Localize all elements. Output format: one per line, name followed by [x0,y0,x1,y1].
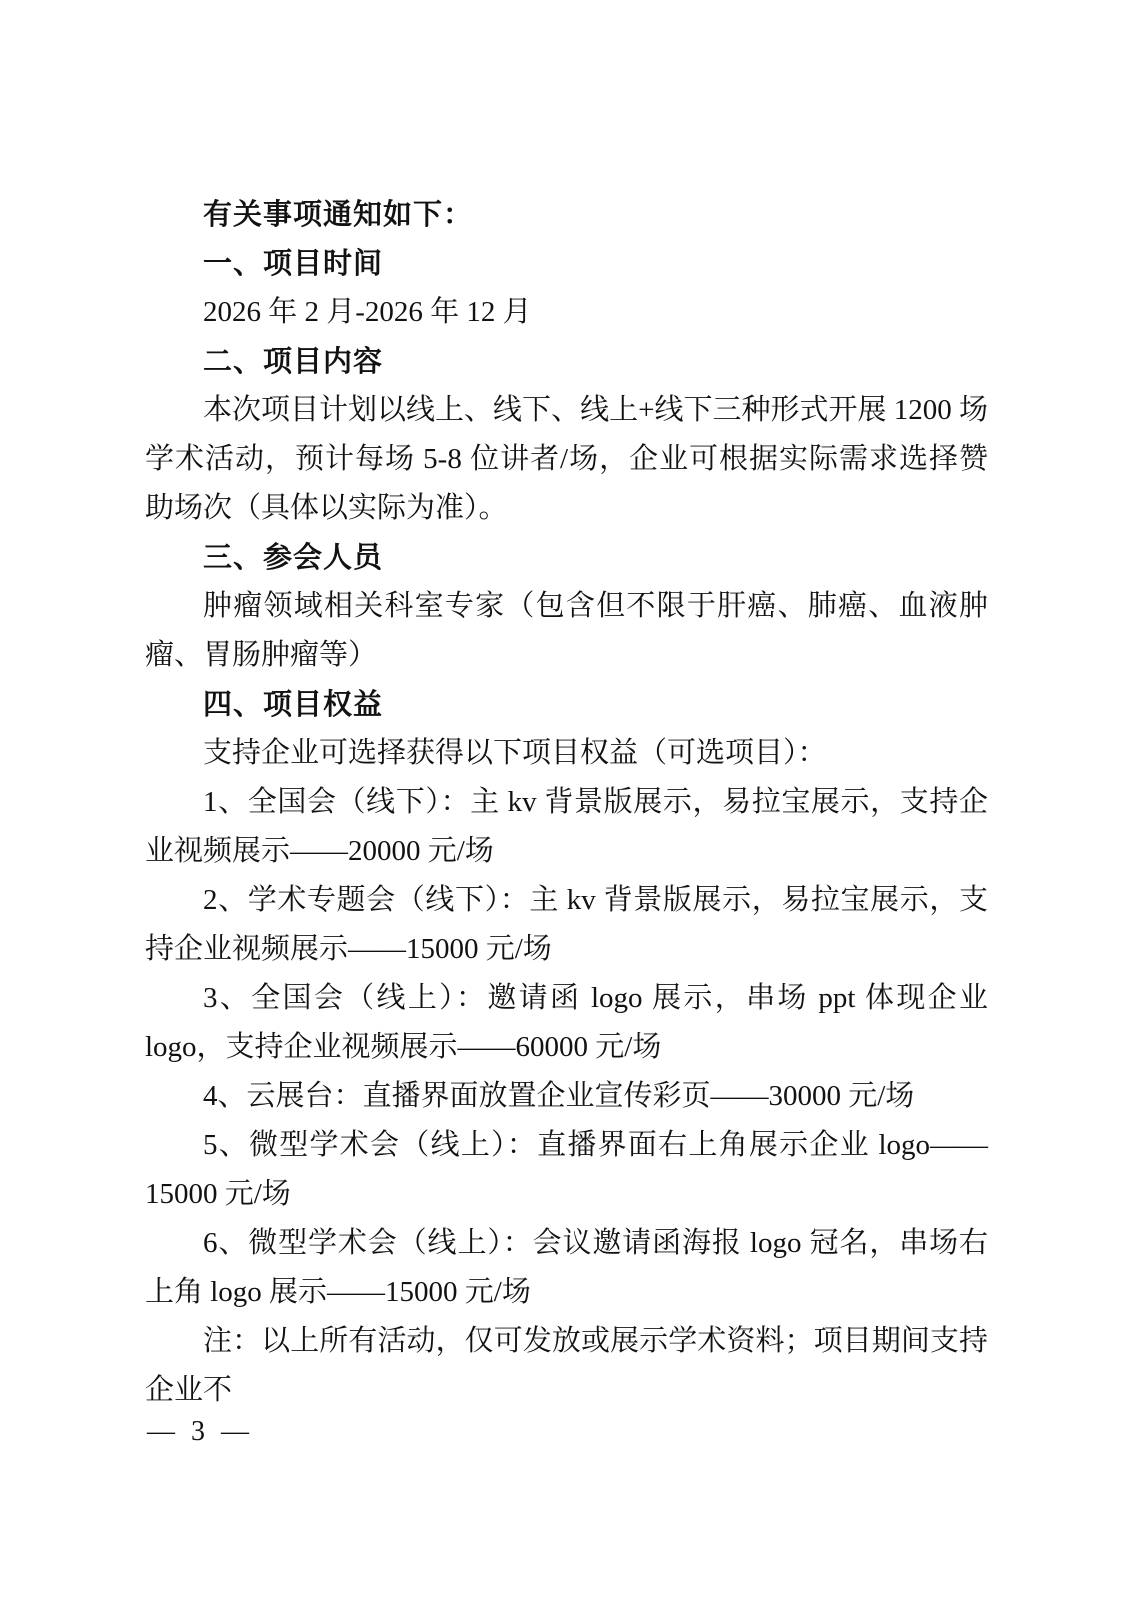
paragraph: 本次项目计划以线上、线下、线上+线下三种形式开展 1200 场学术活动，预计每场… [145,386,988,533]
section-heading: 二、项目内容 [145,337,988,386]
paragraph: 2026 年 2 月-2026 年 12 月 [145,288,988,337]
section-heading: 四、项目权益 [145,680,988,729]
document-page: 有关事项通知如下：一、项目时间2026 年 2 月-2026 年 12 月二、项… [0,0,1131,1600]
section-heading: 一、项目时间 [145,239,988,288]
paragraph: 4、云展台：直播界面放置企业宣传彩页——30000 元/场 [145,1072,988,1121]
paragraph: 支持企业可选择获得以下项目权益（可选项目）： [145,729,988,778]
document-body: 有关事项通知如下：一、项目时间2026 年 2 月-2026 年 12 月二、项… [145,190,988,1415]
page-number: — 3 — [147,1412,249,1452]
paragraph: 6、微型学术会（线上）：会议邀请函海报 logo 冠名，串场右上角 logo 展… [145,1219,988,1317]
paragraph: 5、微型学术会（线上）：直播界面右上角展示企业 logo——15000 元/场 [145,1121,988,1219]
section-heading: 三、参会人员 [145,533,988,582]
paragraph: 3、全国会（线上）：邀请函 logo 展示，串场 ppt 体现企业 logo，支… [145,974,988,1072]
paragraph: 肿瘤领域相关科室专家（包含但不限于肝癌、肺癌、血液肿瘤、胃肠肿瘤等） [145,582,988,680]
section-heading: 有关事项通知如下： [145,190,988,239]
paragraph: 2、学术专题会（线下）：主 kv 背景版展示，易拉宝展示，支持企业视频展示——1… [145,876,988,974]
paragraph: 1、全国会（线下）：主 kv 背景版展示，易拉宝展示，支持企业视频展示——200… [145,778,988,876]
paragraph: 注：以上所有活动，仅可发放或展示学术资料；项目期间支持企业不 [145,1317,988,1415]
